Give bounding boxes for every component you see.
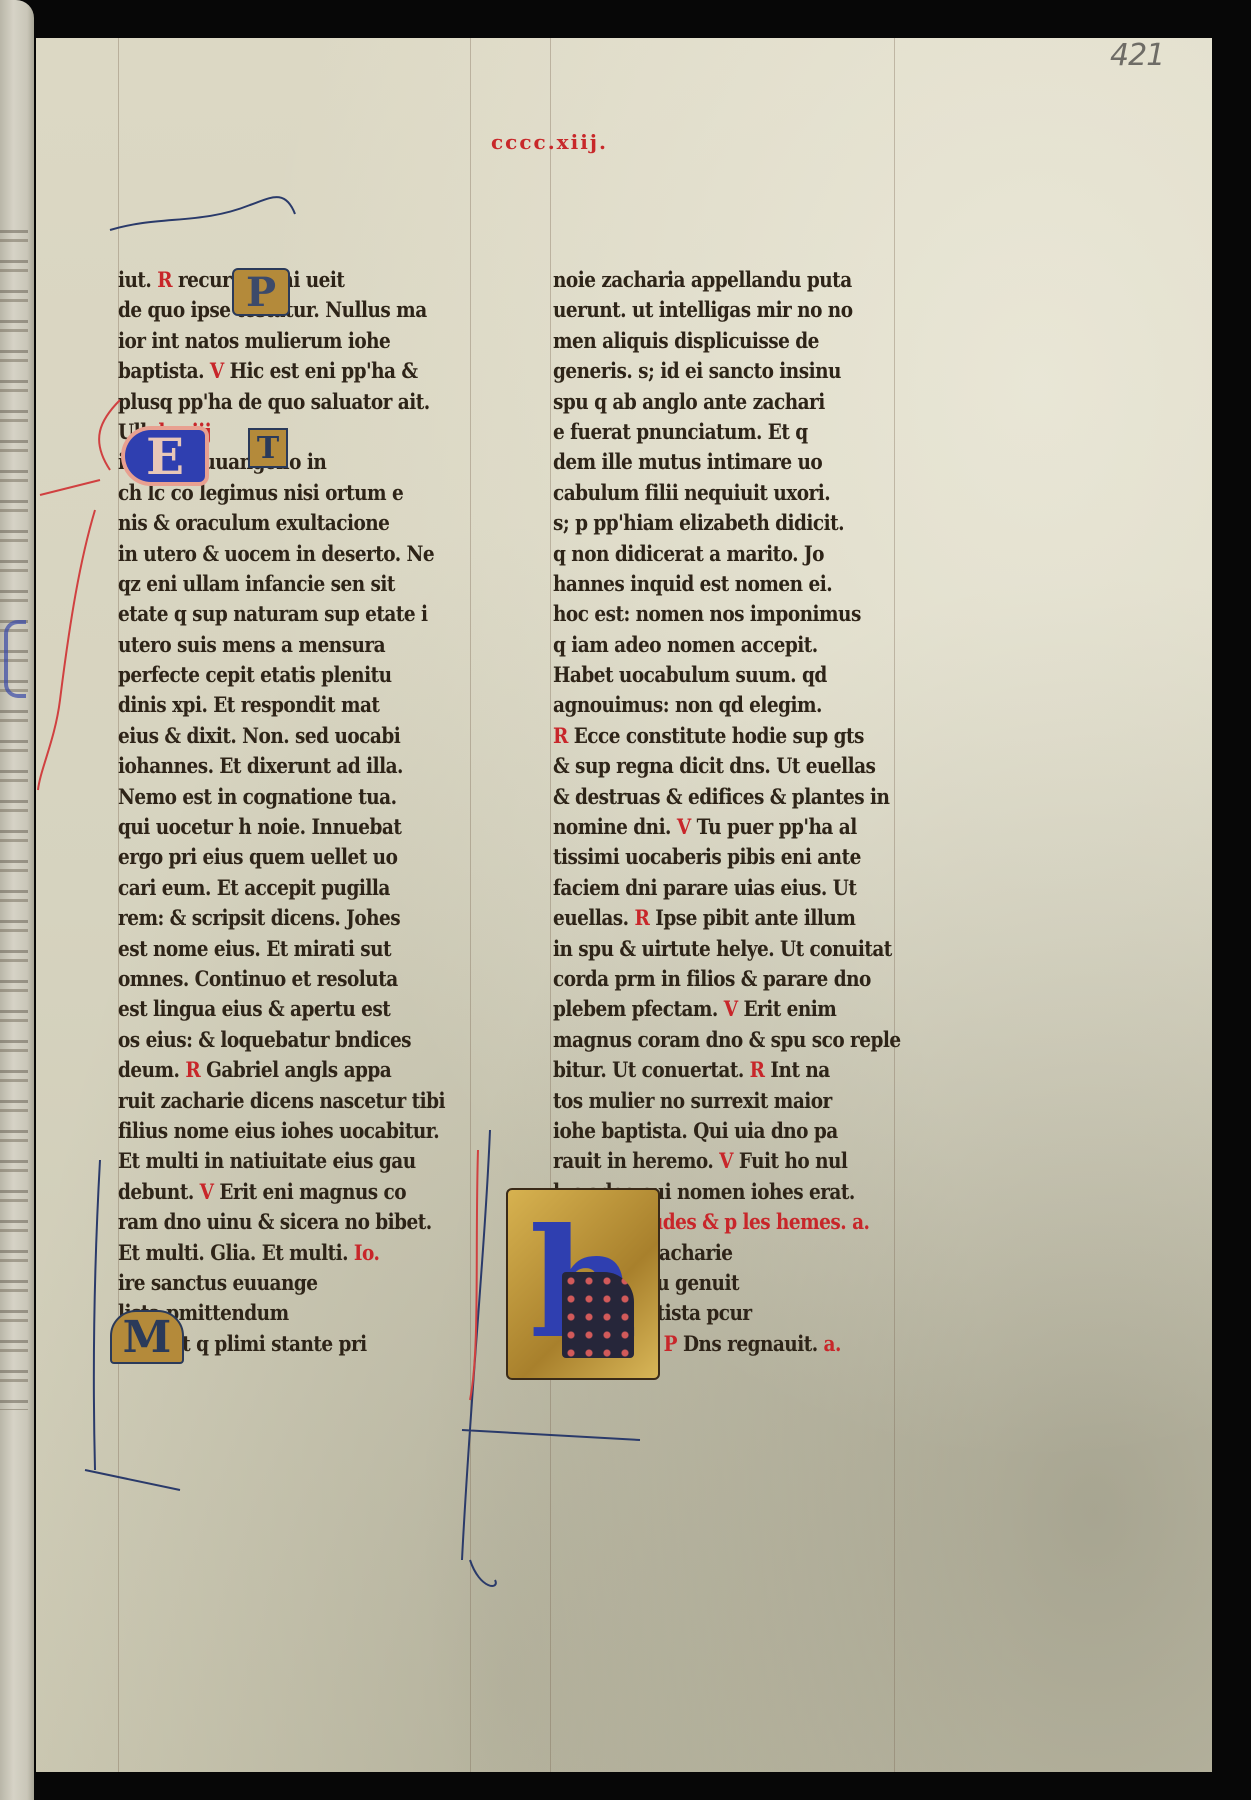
- flourish-h-red: [470, 1150, 478, 1400]
- flourish-h: [462, 1130, 640, 1586]
- flourish-e-red: [38, 400, 120, 790]
- pen-flourishes: [0, 0, 1251, 1800]
- flourish-p: [110, 197, 295, 230]
- flourish-m: [85, 1160, 180, 1490]
